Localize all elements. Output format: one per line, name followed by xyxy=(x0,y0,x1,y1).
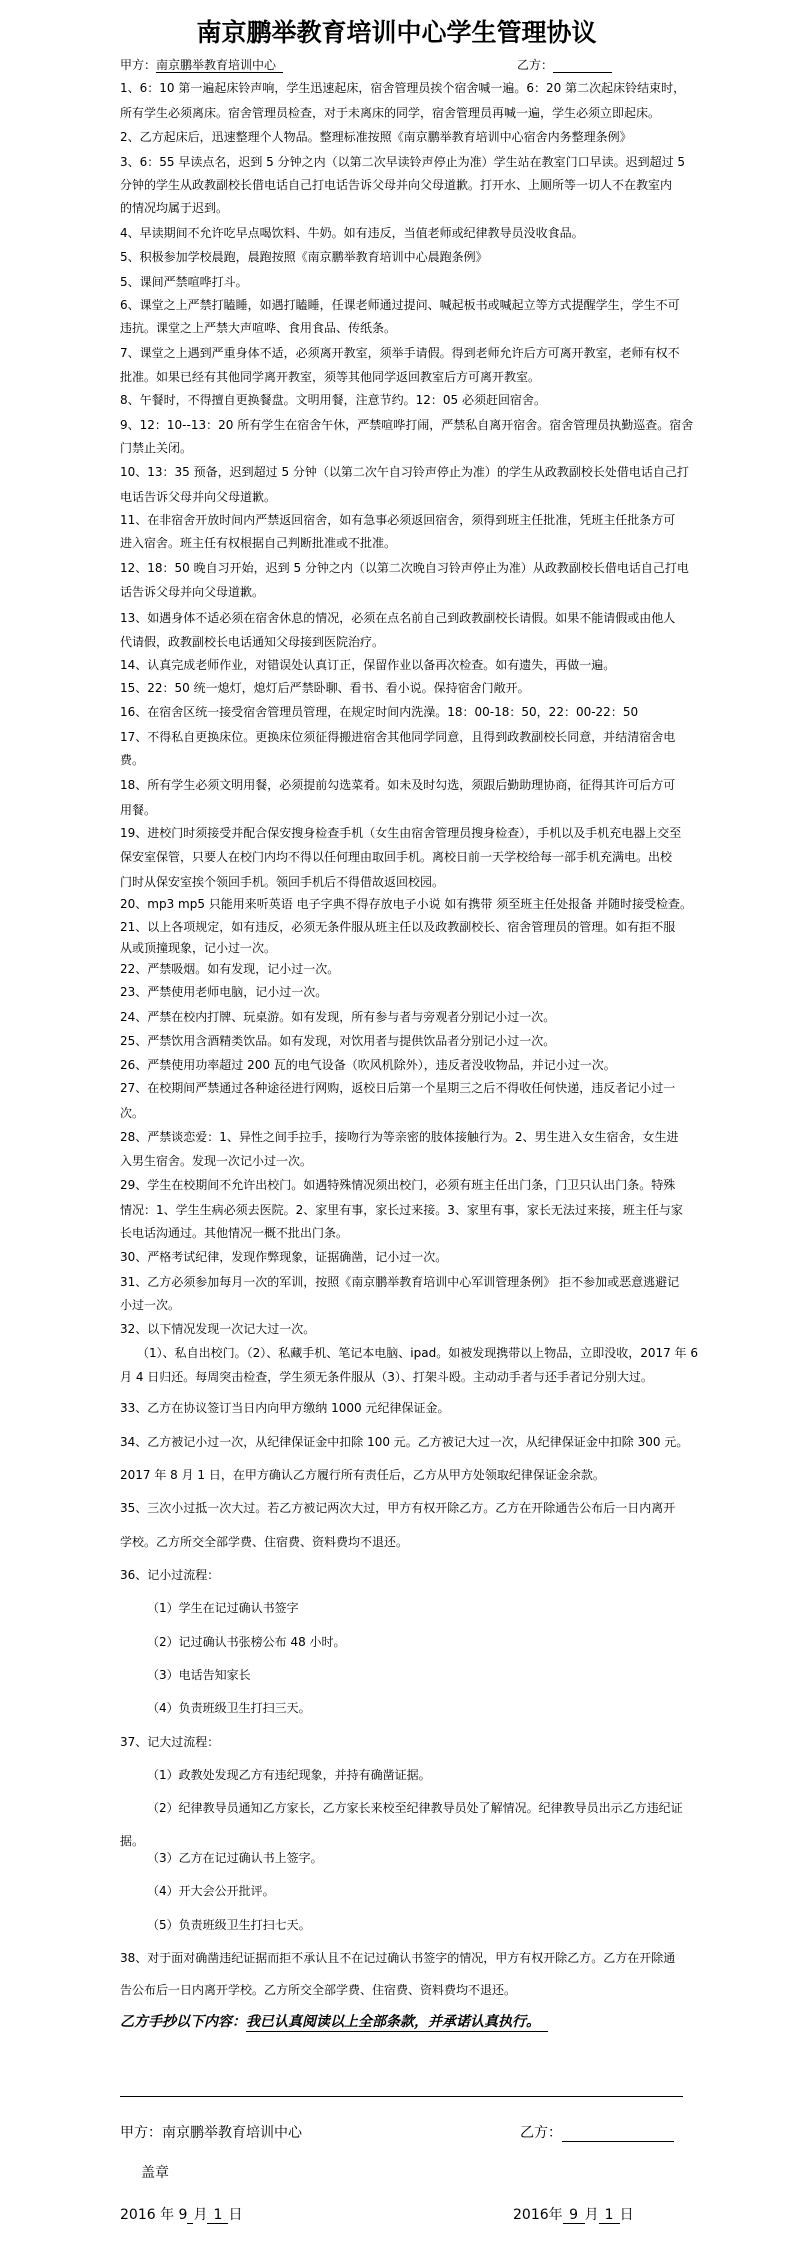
clause-line: 20、mp3 mp5 只能用来听英语 电子字典不得存放电子小说 如有携带 须至班… xyxy=(120,896,692,912)
clause-line: 16、在宿舍区统一接受宿舍管理员管理，在规定时间内洗澡。18：00-18：50，… xyxy=(120,704,638,720)
clause-line: 代请假，政教副校长电话通知父母接到医院治疗。 xyxy=(120,634,384,650)
clause-line: 12、18：50 晚自习开始，迟到 5 分钟之内（以第二次晚自习铃声停止为准）从… xyxy=(120,560,689,576)
clause-line: 23、严禁使用老师电脑，记小过一次。 xyxy=(120,984,327,1000)
clause-line: 10、13：35 预备，迟到超过 5 分钟（以第二次午自习铃声停止为准）的学生从… xyxy=(120,464,689,480)
clause-line: 38、对于面对确凿违纪证据而拒不承认且不在记过确认书签字的情况，甲方有权开除乙方… xyxy=(120,1950,675,1966)
process-step: （2）纪律教导员通知乙方家长，乙方家长来校至纪律教导员处了解情况。纪律教导员出示… xyxy=(147,1800,683,1816)
clause-line: 15、22：50 统一熄灯，熄灯后严禁卧聊、看书、看小说。保持宿舍门敞开。 xyxy=(120,680,530,696)
date-left: 2016 年 9月1日 xyxy=(120,2206,242,2224)
clause-line: 35、三次小过抵一次大过。若乙方被记两次大过，甲方有权开除乙方。乙方在开除通告公… xyxy=(120,1500,675,1516)
date-right-day: 1 xyxy=(599,2208,620,2224)
clause-line: 5、课间严禁喧哗打斗。 xyxy=(120,274,248,290)
clause-line: 批准。如果已经有其他同学离开教室，须等其他同学返回教室后方可离开教室。 xyxy=(120,369,540,385)
clause-line: 所有学生必须离床。宿舍管理员检查，对于未离床的同学，宿舍管理员再喊一遍，学生必须… xyxy=(120,105,660,121)
date-left-day-unit: 日 xyxy=(228,2207,242,2223)
process-step: （4）负责班级卫生打扫三天。 xyxy=(147,1700,311,1716)
date-left-day: 1 xyxy=(207,2208,228,2224)
clause-line: 分钟的学生从政教副校长借电话自己打电话告诉父母并向父母道歉。打开水、上厕所等一切… xyxy=(120,177,672,193)
clause-line: 7、课堂之上遇到严重身体不适，必须离开教室，须举手请假。得到老师允许后方可离开教… xyxy=(120,345,680,361)
clause-line: 17、不得私自更换床位。更换床位须征得搬进宿舍其他同学同意，且得到政教副校长同意… xyxy=(120,729,675,745)
clause-heading: 36、记小过流程： xyxy=(120,1567,219,1583)
clause-line: 19、进校门时须接受并配合保安搜身检查手机（女生由宿舍管理员搜身检查），手机以及… xyxy=(120,825,681,841)
date-right-day-unit: 日 xyxy=(620,2207,634,2223)
clause-line: 5、积极参加学校晨跑，晨跑按照《南京鹏举教育培训中心晨跑条例》 xyxy=(120,249,488,265)
clause-line: 3、6：55 早读点名，迟到 5 分钟之内（以第二次早读铃声停止为准）学生站在教… xyxy=(120,154,685,170)
clause-line: 小过一次。 xyxy=(120,1297,180,1313)
clause-line: 25、严禁饮用含酒精类饮品。如有发现，对饮用者与提供饮品者分别记小过一次。 xyxy=(120,1033,555,1049)
date-left-month-unit: 月 xyxy=(193,2207,207,2223)
party-a-label: 甲方： xyxy=(120,58,156,72)
clause-line: 用餐。 xyxy=(120,802,156,818)
process-step: （3）乙方在记过确认书上签字。 xyxy=(147,1850,323,1866)
clause-line: 入男生宿舍。发现一次记小过一次。 xyxy=(120,1153,312,1169)
clause-line: 13、如遇身体不适必须在宿舍休息的情况，必须在点名前自己到政教副校长请假。如果不… xyxy=(120,610,675,626)
clause-line: 从或顶撞现象，记小过一次。 xyxy=(120,940,276,956)
clause-line: 长电话沟通过。其他情况一概不批出门条。 xyxy=(120,1225,348,1241)
process-step: （5）负责班级卫生打扫七天。 xyxy=(147,1917,311,1933)
clause-line: 27、在校期间严禁通过各种途径进行网购，返校日后第一个星期三之后不得收任何快递，… xyxy=(120,1080,675,1096)
clause-heading: 37、记大过流程： xyxy=(120,1734,219,1750)
clause-line: 34、乙方被记小过一次，从纪律保证金中扣除 100 元。乙方被记大过一次，从纪律… xyxy=(120,1434,688,1450)
date-right-year: 2016 xyxy=(513,2207,549,2223)
clause-line: 9、12：10--13：20 所有学生在宿舍午休，严禁喧哗打闹，严禁私自离开宿舍… xyxy=(120,417,693,433)
process-step: （4）开大会公开批评。 xyxy=(147,1883,275,1899)
clause-line: 11、在非宿舍开放时间内严禁返回宿舍，如有急事必须返回宿舍，须得到班主任批准，凭… xyxy=(120,512,675,528)
party-b-label: 乙方： xyxy=(517,58,553,72)
sign-party-a-name: 南京鹏举教育培训中心 xyxy=(162,2125,302,2141)
header-party-b: 乙方： xyxy=(517,57,612,73)
date-left-year-unit: 年 xyxy=(160,2207,174,2223)
clause-line: 29、学生在校期间不允许出校门。如遇特殊情况须出校门，必须有班主任出门条，门卫只… xyxy=(120,1177,675,1193)
sign-party-b-label: 乙方： xyxy=(520,2125,562,2141)
clause-subitem-line: （1）、私自出校门。（2）、私藏手机、笔记本电脑、ipad。如被发现携带以上物品… xyxy=(137,1345,698,1361)
clause-line: 的情况均属于迟到。 xyxy=(120,200,228,216)
clause-line: 电话告诉父母并向父母道歉。 xyxy=(120,489,276,505)
clause-line: 14、认真完成老师作业，对错误处认真订正，保留作业以备再次检查。如有遗失，再做一… xyxy=(120,657,615,673)
clause-line: 1、6：10 第一遍起床铃声响，学生迅速起床，宿舍管理员挨个宿舍喊一遍。6：20… xyxy=(120,80,685,96)
date-right-month: 9 xyxy=(563,2208,585,2224)
party-b-signature-field[interactable] xyxy=(562,2126,674,2142)
signature-party-a: 甲方：南京鹏举教育培训中心 xyxy=(120,2124,302,2142)
clause-line: 24、严禁在校内打牌、玩桌游。如有发现，所有参与者与旁观者分别记小过一次。 xyxy=(120,1009,555,1025)
clause-line: 8、午餐时，不得擅自更换餐盘。文明用餐，注意节约。12：05 必须赶回宿舍。 xyxy=(120,392,546,408)
clause-line: 学校。乙方所交全部学费、住宿费、资料费均不退还。 xyxy=(120,1534,408,1550)
clause-line: 26、严禁使用功率超过 200 瓦的电气设备（吹风机除外），违反者没收物品，并记… xyxy=(120,1057,616,1073)
header-party-a: 甲方：南京鹏举教育培训中心 xyxy=(120,57,283,73)
acknowledgement-label: 乙方手抄以下内容： xyxy=(120,2014,246,2030)
clause-line: 费。 xyxy=(120,752,144,768)
clause-line: 4、早读期间不允许吃早点喝饮料、牛奶。如有违反，当值老师或纪律教导员没收食品。 xyxy=(120,225,584,241)
clause-line: 话告诉父母并向父母道歉。 xyxy=(120,584,264,600)
clause-line: 22、严禁吸烟。如有发现，记小过一次。 xyxy=(120,961,339,977)
clause-line: 32、以下情况发现一次记大过一次。 xyxy=(120,1321,315,1337)
party-b-name-field[interactable] xyxy=(553,59,612,73)
clause-line: 6、课堂之上严禁打瞌睡，如遇打瞌睡，任课老师通过提问、喊起板书或喊起立等方式提醒… xyxy=(120,297,680,313)
clause-line: 告公布后一日内离开学校。乙方所交全部学费、住宿费、资料费均不退还。 xyxy=(120,1982,516,1998)
acknowledgement: 乙方手抄以下内容：我已认真阅读以上全部条款，并承诺认真执行。 xyxy=(120,2013,548,2032)
agreement-page: 南京鹏举教育培训中心学生管理协议 甲方：南京鹏举教育培训中心 乙方： 1、6：1… xyxy=(0,0,793,2245)
clause-line: 31、乙方必须参加每月一次的军训，按照《南京鹏举教育培训中心军训管理条例》 拒不… xyxy=(120,1274,679,1290)
date-right-year-unit: 年 xyxy=(549,2207,563,2223)
signature-party-b: 乙方： xyxy=(520,2124,674,2142)
acknowledgement-text: 我已认真阅读以上全部条款，并承诺认真执行。 xyxy=(246,2014,548,2032)
clause-line: 违抗。课堂之上严禁大声喧哗、食用食品、传纸条。 xyxy=(120,320,396,336)
clause-line: 21、以上各项规定，如有违反，必须无条件服从班主任以及政教副校长、宿舍管理员的管… xyxy=(120,919,675,935)
clause-line: 2、乙方起床后，迅速整理个人物品。整理标准按照《南京鹏举教育培训中心宿舍内务整理… xyxy=(120,129,632,145)
date-right-month-unit: 月 xyxy=(585,2207,599,2223)
signature-divider xyxy=(120,2096,683,2097)
clause-line: 18、所有学生必须文明用餐，必须提前勾选菜肴。如未及时勾选，须跟后勤助理协商，征… xyxy=(120,777,675,793)
clause-line: 进入宿舍。班主任有权根据自己判断批准或不批准。 xyxy=(120,535,396,551)
process-step: （2）记过确认书张榜公布 48 小时。 xyxy=(147,1634,346,1650)
seal-label: 盖章 xyxy=(141,2164,169,2182)
clause-line: 保安室保管，只要人在校门内均不得以任何理由取回手机。离校日前一天学校给每一部手机… xyxy=(120,849,672,865)
date-left-month: 9 xyxy=(179,2207,188,2223)
clause-line: 33、乙方在协议签订当日内向甲方缴纳 1000 元纪律保证金。 xyxy=(120,1400,449,1416)
date-left-year: 2016 xyxy=(120,2207,156,2223)
clause-line: 情况：1、学生生病必须去医院。2、家里有事，家长过来接。3、家里有事，家长无法过… xyxy=(120,1202,683,1218)
clause-line: 30、严格考试纪律，发现作弊现象，证据确凿，记小过一次。 xyxy=(120,1249,447,1265)
process-step: （3）电话告知家长 xyxy=(147,1667,251,1683)
page-title: 南京鹏举教育培训中心学生管理协议 xyxy=(0,18,793,48)
clause-line: 次。 xyxy=(120,1105,144,1121)
process-step: （1）政教处发现乙方有违纪现象，并持有确凿证据。 xyxy=(147,1767,431,1783)
process-step: （1）学生在记过确认书签字 xyxy=(147,1600,299,1616)
clause-line: 门时从保安室挨个领回手机。领回手机后不得借故返回校园。 xyxy=(120,874,444,890)
clause-line: 2017 年 8 月 1 日，在甲方确认乙方履行所有责任后，乙方从甲方处领取纪律… xyxy=(120,1467,605,1483)
clause-line: 月 4 日归还。每周突击检查，学生须无条件服从（3）、打架斗殴。主动动手者与还手… xyxy=(120,1369,653,1385)
clause-line: 28、严禁谈恋爱：1、异性之间手拉手，接吻行为等亲密的肢体接触行为。2、男生进入… xyxy=(120,1129,679,1145)
sign-party-a-label: 甲方： xyxy=(120,2125,162,2141)
process-step-continuation: 据。 xyxy=(120,1833,144,1849)
date-right: 2016年9月1日 xyxy=(513,2206,634,2224)
party-a-name: 南京鹏举教育培训中心 xyxy=(156,58,283,73)
clause-line: 门禁止关闭。 xyxy=(120,440,192,456)
